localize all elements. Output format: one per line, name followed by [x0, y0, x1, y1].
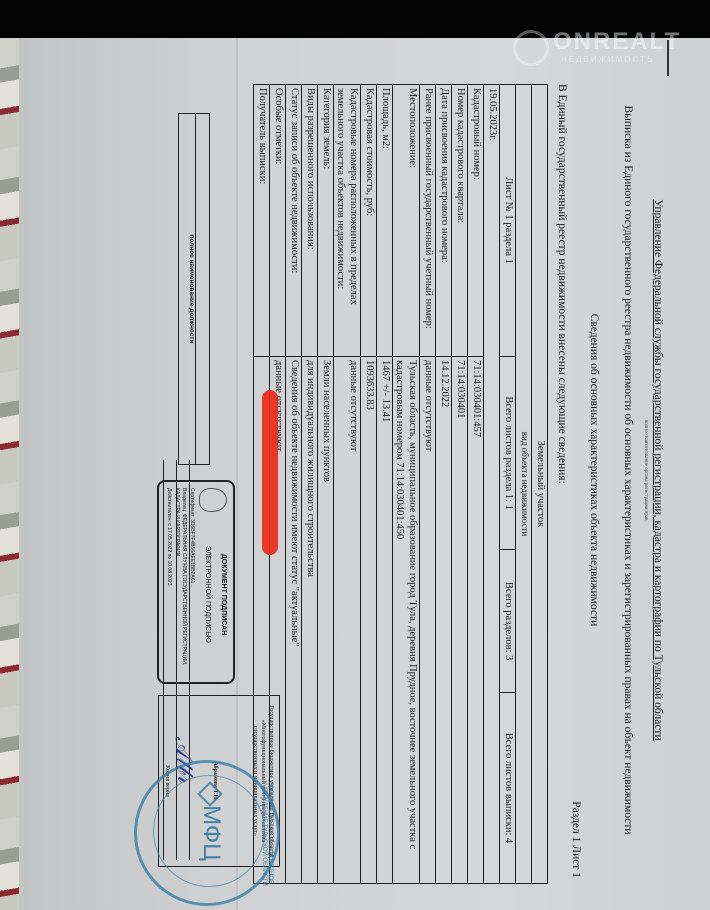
row-label: Категория земель:: [318, 85, 334, 357]
row-label: Статус записи об объекте недвижимости:: [286, 85, 302, 357]
row-value: для индивидуального жилищного строительс…: [302, 357, 318, 884]
table-row: Кадастровый номер:71:14:030401:457: [468, 85, 484, 884]
object-type: Земельный участок: [532, 85, 548, 884]
row-label: Площадь, м2:: [377, 85, 393, 357]
table-row: Номер кадастрового квартала:71:14:030401: [452, 85, 468, 884]
object-type-caption: вид объекта недвижимости: [516, 85, 532, 884]
row-label: Получатель выписки:: [254, 85, 270, 357]
position-box: полное наименование должности: [178, 113, 210, 465]
row-value: 1093633.83: [361, 357, 377, 884]
organization-name: Управление Федеральной службы государств…: [652, 40, 664, 900]
red-redaction-mark: [262, 390, 278, 555]
document-title: Выписка из Единого государственного реес…: [622, 40, 634, 900]
section-sheet-label: Раздел 1 Лист 1: [570, 801, 582, 878]
sheet-number: Лист № 1 раздела 1: [500, 85, 516, 357]
organization-caption: полное наименование органа регистрации п…: [643, 40, 648, 900]
table-row: Площадь, м2:1467 +/- 13.41: [377, 85, 393, 884]
sections-total: Всего разделов: 3: [500, 550, 516, 693]
table-row: Кадастровая стоимость, руб:1093633.83: [361, 85, 377, 884]
e-signature-box: ДОКУМЕНТ ПОДПИСАН ЭЛЕКТРОННОЙ ПОДПИСЬЮ С…: [157, 480, 235, 684]
stamp-ring-text: ГОСУДАРСТВЕННОЕ БЮДЖЕТНОЕ УЧРЕЖДЕНИЕ ТУЛ…: [261, 763, 273, 903]
section-title: Сведения об основных характеристиках объ…: [588, 40, 600, 900]
row-label: Кадастровые номера расположенных в преде…: [334, 85, 361, 357]
row-value: данные отсутствуют: [334, 357, 361, 884]
row-label: Кадастровый номер:: [468, 85, 484, 357]
position-caption: полное наименование должности: [188, 114, 195, 464]
mfc-stamp: ГОСУДАРСТВЕННОЕ БЮДЖЕТНОЕ УЧРЕЖДЕНИЕ ТУЛ…: [134, 760, 280, 906]
row-value: 71:14:030401: [452, 357, 468, 884]
table-row: Категория земель:Земли населенных пункто…: [318, 85, 334, 884]
table-row: Кадастровые номера расположенных в преде…: [334, 85, 361, 884]
stamp-text: МФЦ: [197, 763, 225, 903]
extract-sheets: Всего листов выписки: 4: [500, 693, 516, 884]
row-label: Кадастровая стоимость, руб:: [361, 85, 377, 357]
row-label: Номер кадастрового квартала:: [452, 85, 468, 357]
table-row: Дата присвоения кадастрового номера:14.1…: [436, 85, 452, 884]
photo-dark-band: [0, 0, 710, 38]
section-sheets: Всего листов раздела 1: 1: [500, 357, 516, 550]
extract-date: 19.05.2023г.: [484, 85, 500, 884]
row-value: 14.12.2022: [436, 357, 452, 884]
table-row: Статус записи об объекте недвижимости:Св…: [286, 85, 302, 884]
row-value: Тульская область, муниципальное образова…: [393, 357, 420, 884]
row-value: Земли населенных пунктов: [318, 357, 334, 884]
row-label: Ранее присвоенный государственный учетны…: [420, 85, 436, 357]
row-label: Особые отметки:: [270, 85, 286, 357]
row-label: Местоположение:: [393, 85, 420, 357]
row-label: Виды разрешенного использования:: [302, 85, 318, 357]
extract-document: Управление Федеральной службы государств…: [20, 40, 710, 900]
signature-validity: Действителен: с 17.05.2022 по 10.08.2023: [165, 488, 172, 678]
background-fabric: [0, 38, 19, 910]
signature-owner: Владелец: ФЕДЕРАЛЬНАЯ СЛУЖБА ГОСУДАРСТВЕ…: [173, 488, 187, 678]
characteristics-table: Земельный участок вид объекта недвижимос…: [253, 84, 548, 884]
row-value: данные отсутствуют: [420, 357, 436, 884]
signature-title: ДОКУМЕНТ ПОДПИСАН: [220, 512, 227, 677]
table-row: Местоположение:Тульская область, муницип…: [393, 85, 420, 884]
row-value: 1467 +/- 13.41: [377, 357, 393, 884]
table-row: Ранее присвоенный государственный учетны…: [420, 85, 436, 884]
row-value: 71:14:030401:457: [468, 357, 484, 884]
intro-text: В Единый государственный реестр недвижим…: [556, 84, 568, 484]
row-label: Дата присвоения кадастрового номера:: [436, 85, 452, 357]
signature-certificate: Сертификат: 3D6BF7F4B56AEE1BB2A61...: [188, 488, 195, 678]
table-row: Виды разрешенного использования:для инди…: [302, 85, 318, 884]
signature-subtitle: ЭЛЕКТРОННОЙ ПОДПИСЬЮ: [204, 512, 211, 677]
row-value: Сведения об объекте недвижимости имеют с…: [286, 357, 302, 884]
coat-of-arms-icon: [199, 488, 227, 512]
